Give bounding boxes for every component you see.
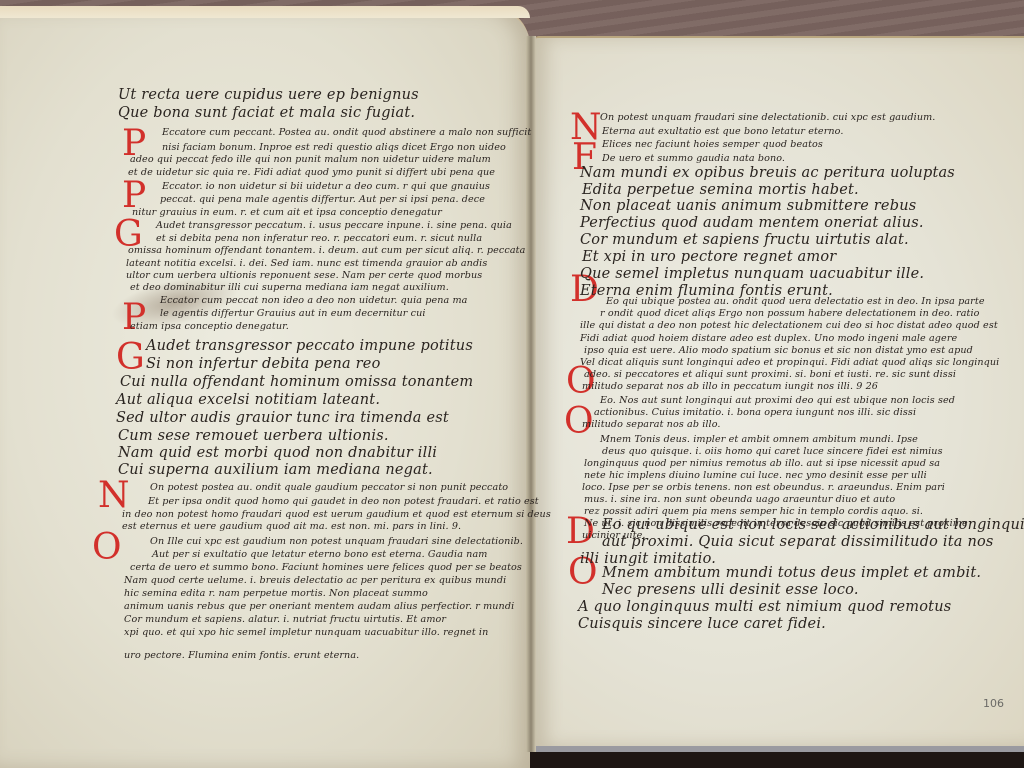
commentary-line: Elices nec faciunt hoies semper quod bea…	[602, 140, 823, 150]
commentary-line: Mnem Tonis deus. impler et ambit omnem a…	[600, 435, 918, 445]
verse-line: Cor mundum et sapiens fructu uirtutis al…	[580, 233, 909, 248]
verse-line: Sed ultor audis grauior tunc ira timenda…	[116, 411, 449, 426]
commentary-line: On potest postea au. ondit quale gaudium…	[150, 483, 508, 493]
verse-line: aut proximi. Quia sicut separat dissimil…	[602, 535, 994, 550]
commentary-line: uro pectore. Flumina enim fontis. erunt …	[124, 651, 359, 661]
commentary-line: certa de uero et summo bono. Faciunt hom…	[130, 563, 522, 573]
commentary-line: deus quo quisque. i. oiis homo qui caret…	[602, 447, 943, 457]
commentary-line: Eo qui ubique postea au. ondit quod uera…	[606, 297, 985, 307]
commentary-line: nisi faciam bonum. Inproe est redi quest…	[162, 143, 506, 153]
commentary-line: Et per ipsa ondit quod homo qui gaudet i…	[148, 497, 539, 507]
commentary-line: xpi quo. et qui xpo hic semel impletur n…	[124, 628, 488, 638]
verse-line: Nam mundi ex opibus breuis ac peritura u…	[580, 166, 955, 181]
commentary-line: Audet transgressor peccatum. i. usus pec…	[156, 221, 512, 231]
rubricated-initial: O	[92, 530, 122, 566]
verse-line: Et xpi in uro pectore regnet amor	[582, 250, 836, 265]
commentary-line: adeo qui peccat fedo ille qui non punit …	[130, 155, 491, 165]
commentary-line: omissa hominum offendant tonantem. i. de…	[128, 246, 525, 256]
verse-line: Audet transgressor peccato impune potitu…	[146, 339, 473, 354]
commentary-line: Vel dicat aliquis sunt longinqui adeo et…	[580, 358, 999, 368]
commentary-line: Eterna aut exultatio est que bono letatu…	[602, 127, 844, 137]
commentary-line: mus. i. sine ira. non sunt obeunda uago …	[584, 495, 895, 505]
verse-line: Cui superna auxilium iam mediana negat.	[118, 463, 433, 478]
commentary-line: Nam quod certe uelume. i. breuis delecta…	[124, 576, 506, 586]
commentary-line: nitur grauius in eum. r. et cum ait et i…	[132, 208, 442, 218]
verse-line: Perfectius quod audam mentem oneriat ali…	[580, 216, 924, 231]
commentary-line: in deo non potest homo fraudari quod est…	[122, 510, 551, 520]
commentary-line: nete hic implens diuino lumine cui luce.…	[584, 471, 927, 481]
commentary-line: longinquus quod per nimius remotus ab il…	[584, 459, 940, 469]
commentary-line: On Ille cui xpc est gaudium non potest u…	[150, 537, 523, 547]
commentary-line: hic semina edita r. nam perpetue mortis.…	[124, 589, 428, 599]
commentary-line: peccat. qui pena male agentis differtur.…	[160, 195, 485, 205]
commentary-line: loco. Ipse per se orbis tenens. non est …	[582, 483, 945, 493]
commentary-line: actionibus. Cuius imitatio. i. bona oper…	[594, 408, 916, 418]
commentary-line: adeo. si peccatores et aliqui sunt proxi…	[584, 370, 956, 380]
commentary-line: lateant notitia excelsi. i. dei. Sed iam…	[126, 259, 487, 269]
commentary-line: animum uanis rebus que per oneriant ment…	[124, 602, 514, 612]
commentary-line: Eccatore cum peccant. Postea au. ondit q…	[162, 128, 531, 138]
commentary-line: et deo dominabitur illi cui superna medi…	[130, 283, 449, 293]
verse-line: Que semel impletus nunquam uacuabitur il…	[580, 267, 924, 282]
verse-line: A quo longinquus multi est nimium quod r…	[578, 600, 951, 615]
verse-line: Que bona sunt faciat et mala sic fugiat.	[118, 106, 415, 121]
commentary-line: Aut per si exultatio que letatur eterno …	[152, 550, 487, 560]
verse-line: Eo qui ubique est non locis sed actionib…	[602, 518, 1024, 533]
commentary-line: ille qui distat a deo non potest hic del…	[580, 321, 998, 331]
commentary-line: Cor mundum et sapiens. alatur. i. nutria…	[124, 615, 446, 625]
verse-line: Non placeat uanis animum submittere rebu…	[580, 199, 916, 214]
commentary-line: rez possit adiri quem pia mens semper hi…	[584, 507, 923, 517]
left-page-top-edge	[0, 6, 530, 18]
book-gutter	[526, 36, 536, 752]
commentary-line: est eternus et uere gaudium quod ait ma.…	[122, 522, 461, 532]
commentary-line: et si debita pena non inferatur reo. r. …	[156, 234, 482, 244]
verse-line: Aut aliqua excelsi notitiam lateant.	[116, 393, 380, 408]
commentary-line: Fidi adiat quod hoiem distare adeo est d…	[580, 334, 957, 344]
verse-line: Mnem ambitum mundi totus deus implet et …	[602, 566, 981, 581]
commentary-line: ultor cum uerbera ultionis reponuent ses…	[126, 271, 482, 281]
verse-line: Edita perpetue semina mortis habet.	[582, 183, 859, 198]
commentary-line: le agentis differtur Grauius aut in eum …	[160, 309, 426, 319]
rubricated-initial: G	[116, 340, 145, 376]
commentary-line: etiam ipsa conceptio denegatur.	[130, 322, 289, 332]
verse-line: Si non infertur debita pena reo	[146, 357, 381, 372]
commentary-line: Eccator cum peccat non ideo a deo non ui…	[160, 296, 468, 306]
commentary-line: et de uidetur sic quia re. Fidi adiat qu…	[128, 168, 495, 178]
verse-line: Nam quid est morbi quod non dnabitur ill…	[118, 446, 437, 461]
commentary-line: On potest unquam fraudari sine delectati…	[600, 113, 935, 123]
verse-line: Cuisquis sincere luce caret fidei.	[578, 617, 826, 632]
verse-line: Cui nulla offendant hominum omissa tonan…	[120, 375, 473, 390]
commentary-line: militudo separat nos ab illo.	[582, 420, 721, 430]
verse-line: Nec presens ulli desinit esse loco.	[602, 583, 859, 598]
commentary-line: Eccator. io non uidetur si bii uidetur a…	[162, 182, 490, 192]
commentary-line: r ondit quod dicet aliqs Ergo non possum…	[600, 309, 980, 319]
commentary-line: Eo. Nos aut sunt longinqui aut proximi d…	[600, 396, 955, 406]
commentary-line: militudo separat nos ab illo in peccatum…	[582, 382, 878, 392]
verse-line: Ut recta uere cupidus uere ep benignus	[118, 88, 419, 103]
verse-line: Cum sese remouet uerbera ultionis.	[118, 429, 389, 444]
commentary-line: De uero et summo gaudia nata bono.	[602, 154, 785, 164]
folio-number: 106	[983, 697, 1004, 710]
commentary-line: ipso quia est uere. Alio modo spatium si…	[584, 346, 973, 356]
